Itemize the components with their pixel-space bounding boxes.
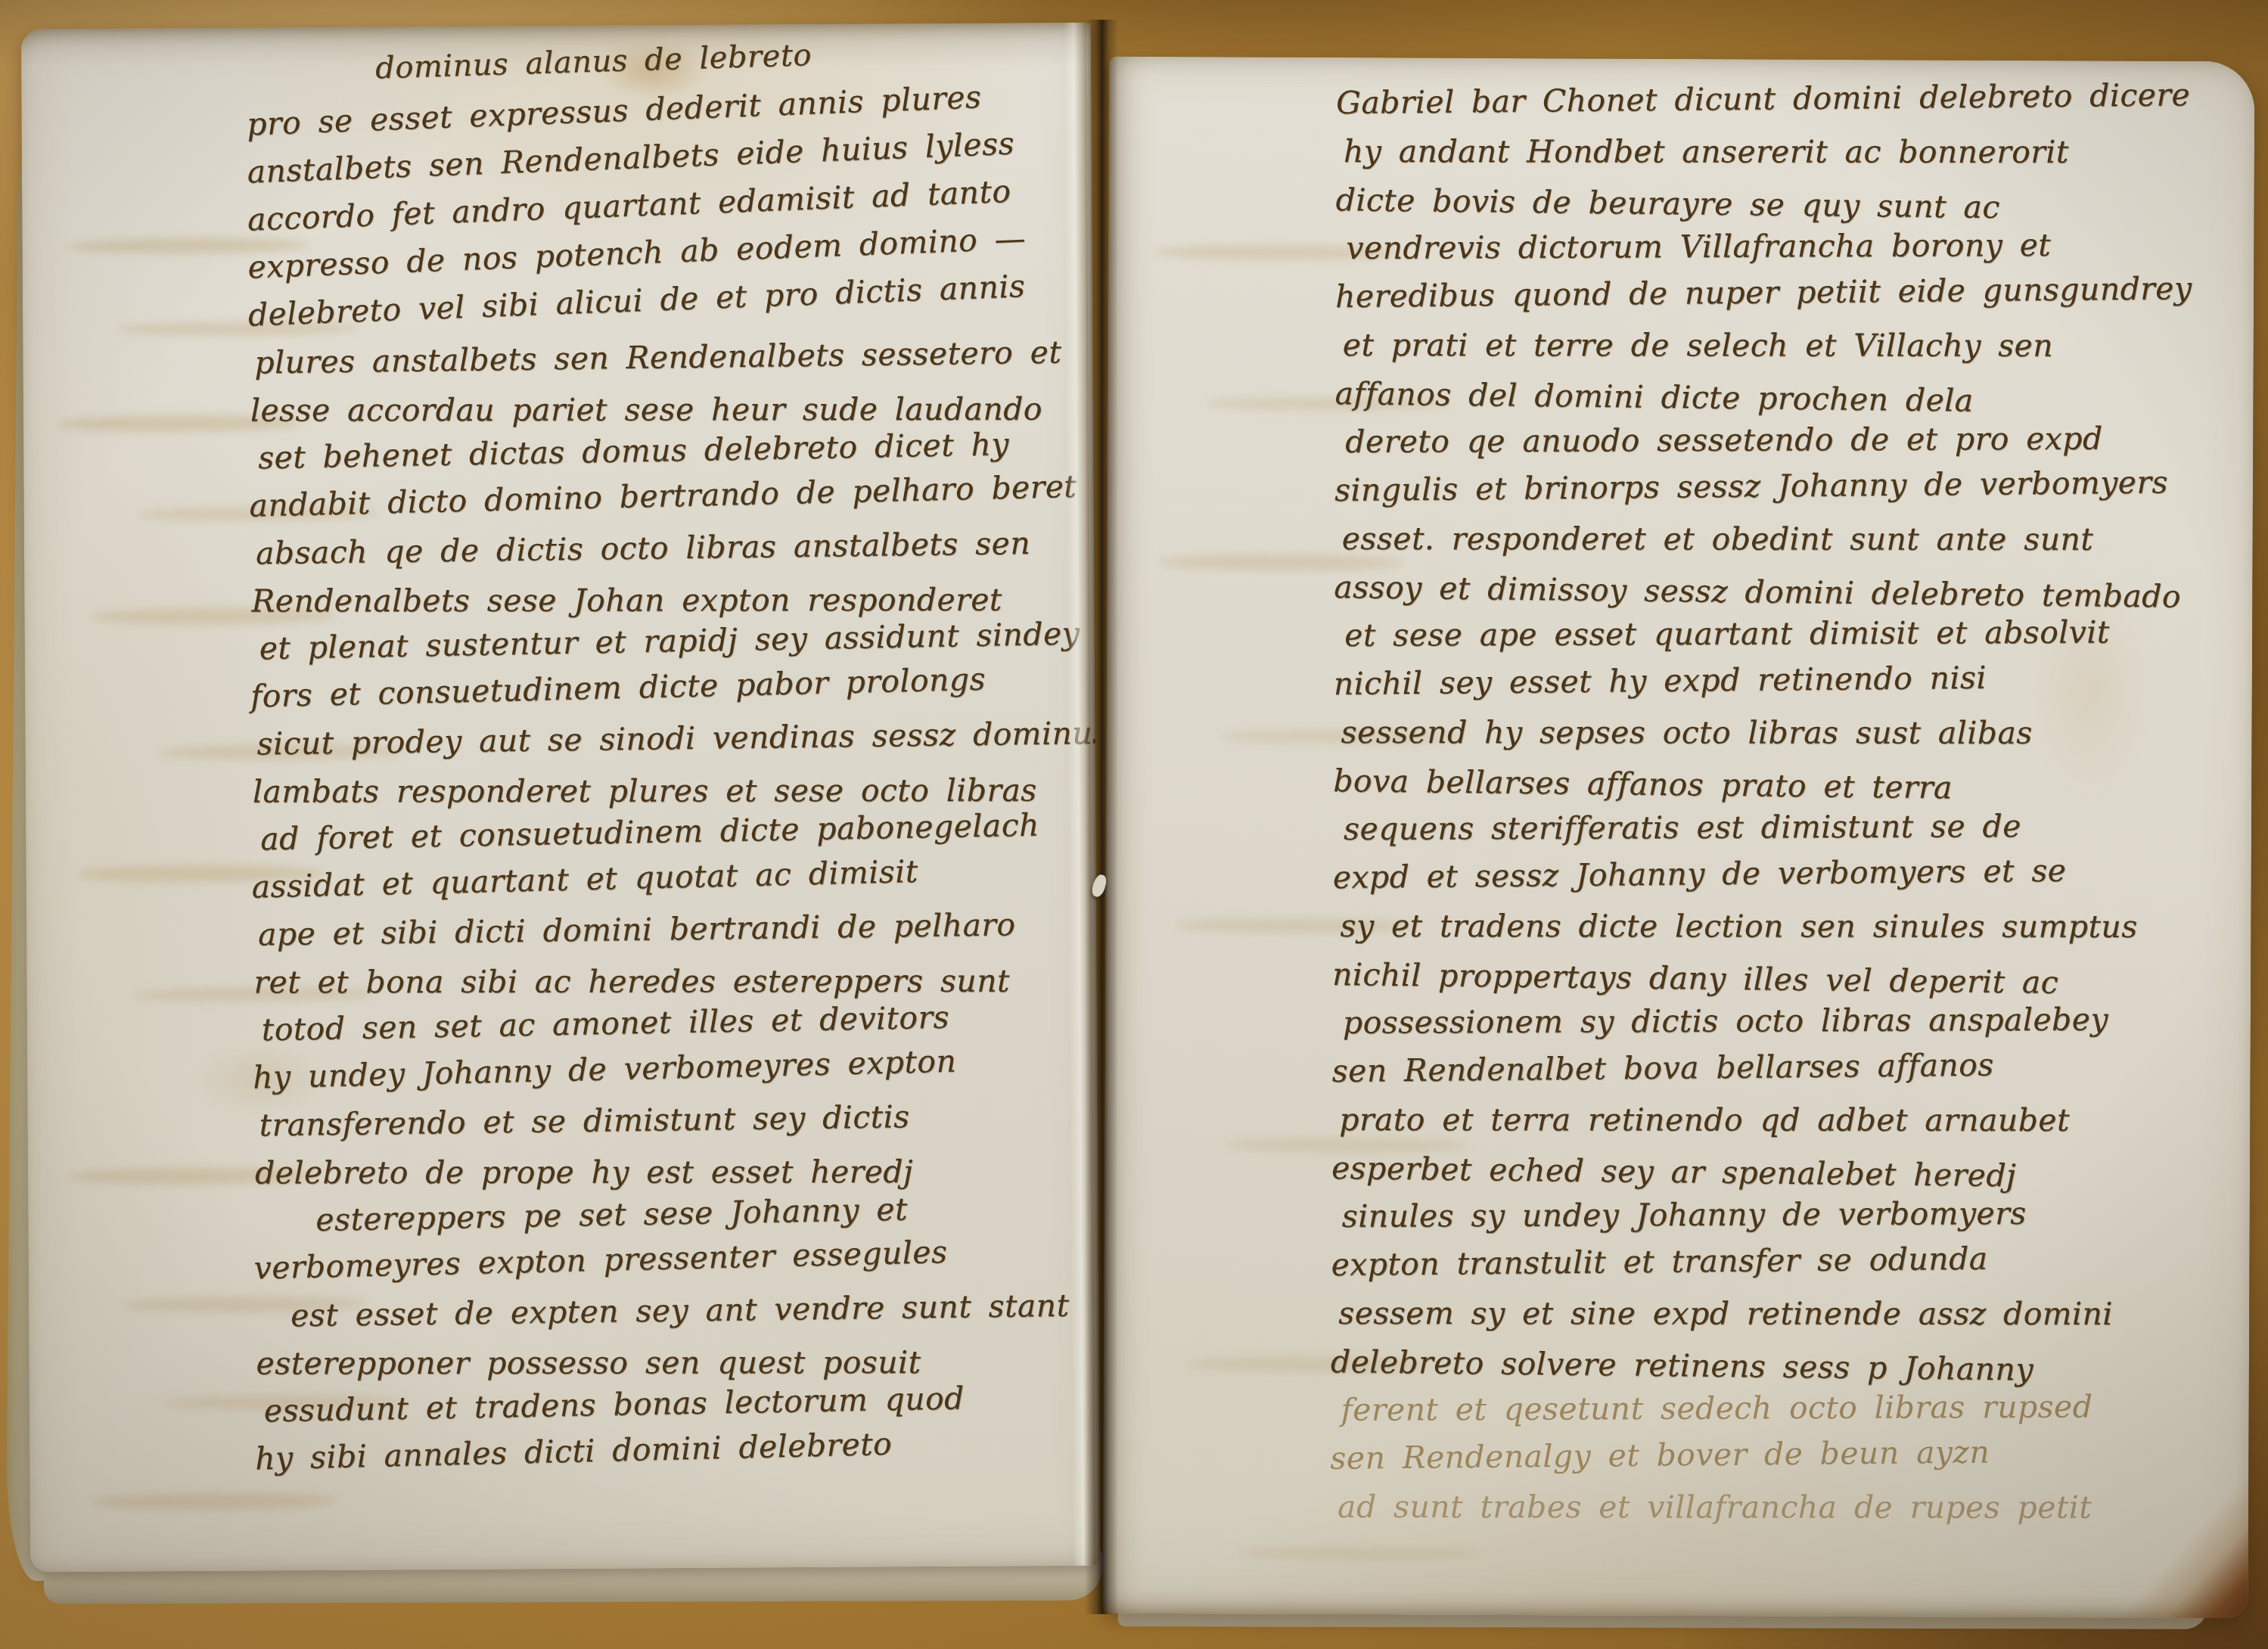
manuscript-text-line: nichil sey esset hy expd retinendo nisi [1334,651,2242,708]
manuscript-text-line: absach qe de dictis octo libras anstalbe… [256,524,1101,583]
manuscript-text-line: esset. responderet et obedint sunt ante … [1342,514,2250,564]
manuscript-text-line: sessem sy et sine expd retinende assz do… [1338,1289,2246,1338]
manuscript-left-page: dominus alanus de lebreto pro se esset e… [21,23,1100,1573]
manuscript-text-line: prato et terra retinendo qd adbet arnaub… [1339,1095,2247,1144]
manuscript-right-page: Gabriel bar Chonet dicunt domini delebre… [1103,57,2255,1619]
page-heading-text: dominus alanus de lebreto [374,36,812,89]
manuscript-text-line: et prati et terre de selech et Villachy … [1343,321,2251,370]
manuscript-text-line: plures anstalbets sen Rendenalbets sesse… [254,334,1100,393]
manuscript-text-line: sicut prodey aut se sinodi vendinas sess… [256,715,1100,774]
manuscript-text-line: expd et sessz Johanny de verbomyers et s… [1332,844,2241,902]
manuscript-text-line: singulis et brinorps sessz Johanny de ve… [1334,457,2243,514]
manuscript-text-line: sy et tradens dicte lection sen sinules … [1340,902,2248,951]
manuscript-text-line: sen Rendenalbet bova bellarses affanos [1331,1038,2240,1095]
manuscript-text-line: Gabriel bar Chonet dicunt domini delebre… [1336,70,2245,127]
manuscript-text-line: est esset de expten sey ant vendre sunt … [290,1287,1100,1345]
manuscript-text-line: sessend hy sepses octo libras sust aliba… [1341,708,2249,757]
manuscript-text-line: ad sunt trabes et villafrancha de rupes … [1337,1483,2245,1532]
manuscript-text-line: transferendo et se dimistunt sey dictis [259,1096,1100,1155]
right-page-text-block: Gabriel bar Chonet dicunt domini delebre… [1330,79,2244,1535]
center-fold-gutter [1085,20,1118,1614]
manuscript-text-line: ape et sibi dicti domini bertrandi de pe… [258,905,1100,964]
manuscript-text-line: hy andant Hondbet ansererit ac bonnerori… [1344,127,2251,176]
manuscript-text-line: heredibus quond de nuper petiit eide gun… [1335,263,2244,321]
manuscript-photo: dominus alanus de lebreto pro se esset e… [0,0,2268,1649]
manuscript-text-line: sen Rendenalgy et bover de beun ayzn [1330,1425,2238,1483]
left-page-text-block: pro se esset expressus dederit annis plu… [247,101,1100,1489]
page-corner-curl [2122,1471,2251,1619]
manuscript-text-line: expton transtulit et transfer se odunda [1331,1231,2239,1289]
